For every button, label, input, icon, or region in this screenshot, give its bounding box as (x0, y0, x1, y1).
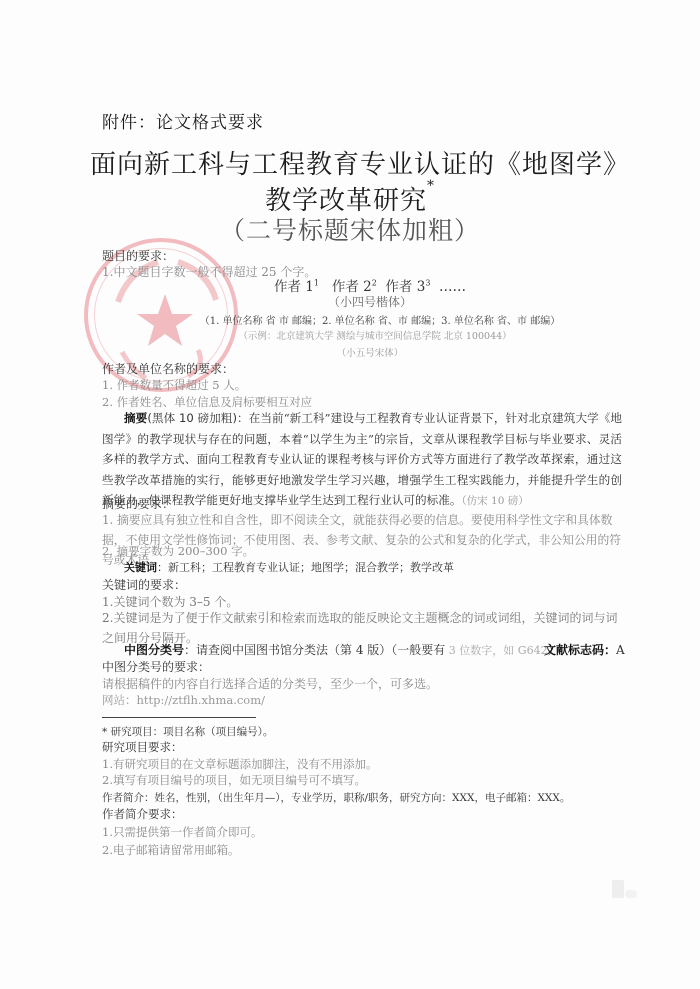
footnote: * 研究项目：项目名称（项目编号）。 (102, 724, 273, 739)
title-footnote-mark: * (427, 178, 435, 194)
author-requirement-item: 1. 作者数量不得超过 5 人。 (102, 377, 246, 393)
title-style-note: （二号标题宋体加粗） (0, 211, 700, 247)
bio-requirement-item: 2.电子邮箱请留常用邮箱。 (102, 842, 239, 858)
footnote-text: 研究项目：项目名称（项目编号）。 (111, 726, 274, 738)
clc-label: 中图分类号 (124, 643, 184, 657)
project-requirement-item: 2.填写有项目编号的项目，如无项目编号可不填写。 (102, 772, 366, 788)
affiliation-style-note: （小五号宋体） (0, 345, 700, 359)
clc-line: 中图分类号：请查阅中国图书馆分类法（第 4 版）（一般要有 3 位数字，如 G6… (124, 641, 624, 658)
affiliations: （1. 单位名称 省 市 邮编；2. 单位名称 省、市 邮编；3. 单位名称 省… (0, 312, 700, 327)
abstract-style-note: （仿宋 10 磅） (461, 495, 528, 507)
project-requirement-item: 1.有研究项目的在文章标题添加脚注，没有不用添加。 (102, 756, 377, 772)
scan-artifact (625, 890, 637, 898)
keywords-line: 关键词：新工科；工程教育专业认证；地图学；混合教学；教学改革 (124, 559, 454, 575)
author-requirements-heading: 作者及单位名称的要求： (102, 360, 234, 377)
scan-artifact (612, 880, 624, 898)
bio-requirements-heading: 作者简介要求： (102, 806, 183, 822)
doc-code-label: 文献标志码 (544, 643, 604, 657)
abstract-requirement-item: 2. 摘要字数为 200–300 字。 (102, 543, 254, 559)
project-requirements-heading: 研究项目要求： (102, 739, 183, 755)
author-list: 作者 11 作者 22 作者 33 …… (0, 275, 700, 295)
clc-example: 3 位数字，如 G642 (445, 644, 547, 657)
paper-title-line-1: 面向新工科与工程教育专业认证的《地图学》 (0, 144, 700, 181)
clc-separator: ： (184, 643, 196, 657)
doc-code: 文献标志码：A (544, 641, 625, 658)
clc-text: 请查阅中国图书馆分类法（第 4 版）（一般要有 (196, 643, 445, 657)
abstract-label-note: (黑体 10 磅加粗) (147, 411, 237, 425)
footnote-mark: * (102, 726, 107, 738)
bio-requirement-item: 1.只需提供第一作者简介即可。 (102, 824, 262, 840)
author-sup: 2 (372, 279, 377, 288)
document-page: 附件：论文格式要求 面向新工科与工程教育专业认证的《地图学》 教学改革研究* （… (0, 0, 700, 989)
bleed-through-text (478, 92, 598, 152)
author-sup: 1 (314, 279, 319, 288)
affiliation-example: （示例：北京建筑大学 测绘与城市空间信息学院 北京 100044） (0, 328, 700, 342)
clc-website: 网站：http://ztflh.xhma.com/ (102, 692, 265, 708)
keywords-label: 关键词 (124, 561, 157, 574)
clc-requirement-item: 请根据稿件的内容自行选择合适的分类号，至少一个，可多选。 (102, 675, 438, 692)
author-bio: 作者简介：姓名，性别，（出生年月—），专业学历，职称/职务，研究方向：XXX，电… (102, 790, 570, 805)
author-style-note: （小四号楷体） (0, 293, 700, 310)
keywords-text: 新工科；工程教育专业认证；地图学；混合教学；教学改革 (168, 561, 454, 574)
abstract-paragraph: 摘要(黑体 10 磅加粗)：在当前“新工科”建设与工程教育专业认证背景下，针对北… (102, 408, 622, 512)
abstract-separator: ： (237, 411, 249, 425)
attachment-label: 附件：论文格式要求 (102, 108, 264, 133)
footnote-divider (102, 717, 256, 718)
doc-code-value: A (616, 643, 625, 657)
keywords-separator: ： (157, 561, 168, 574)
keyword-requirements-heading: 关键词的要求： (102, 576, 186, 593)
abstract-label: 摘要 (124, 411, 147, 425)
title-requirements-heading: 题目的要求： (102, 247, 174, 264)
abstract-text: 在当前“新工科”建设与工程教育专业认证背景下，针对北京建筑大学《地图学》的教学现… (102, 411, 622, 507)
clc-requirements-heading: 中图分类号的要求： (102, 658, 210, 675)
author-sup: 3 (425, 279, 430, 288)
